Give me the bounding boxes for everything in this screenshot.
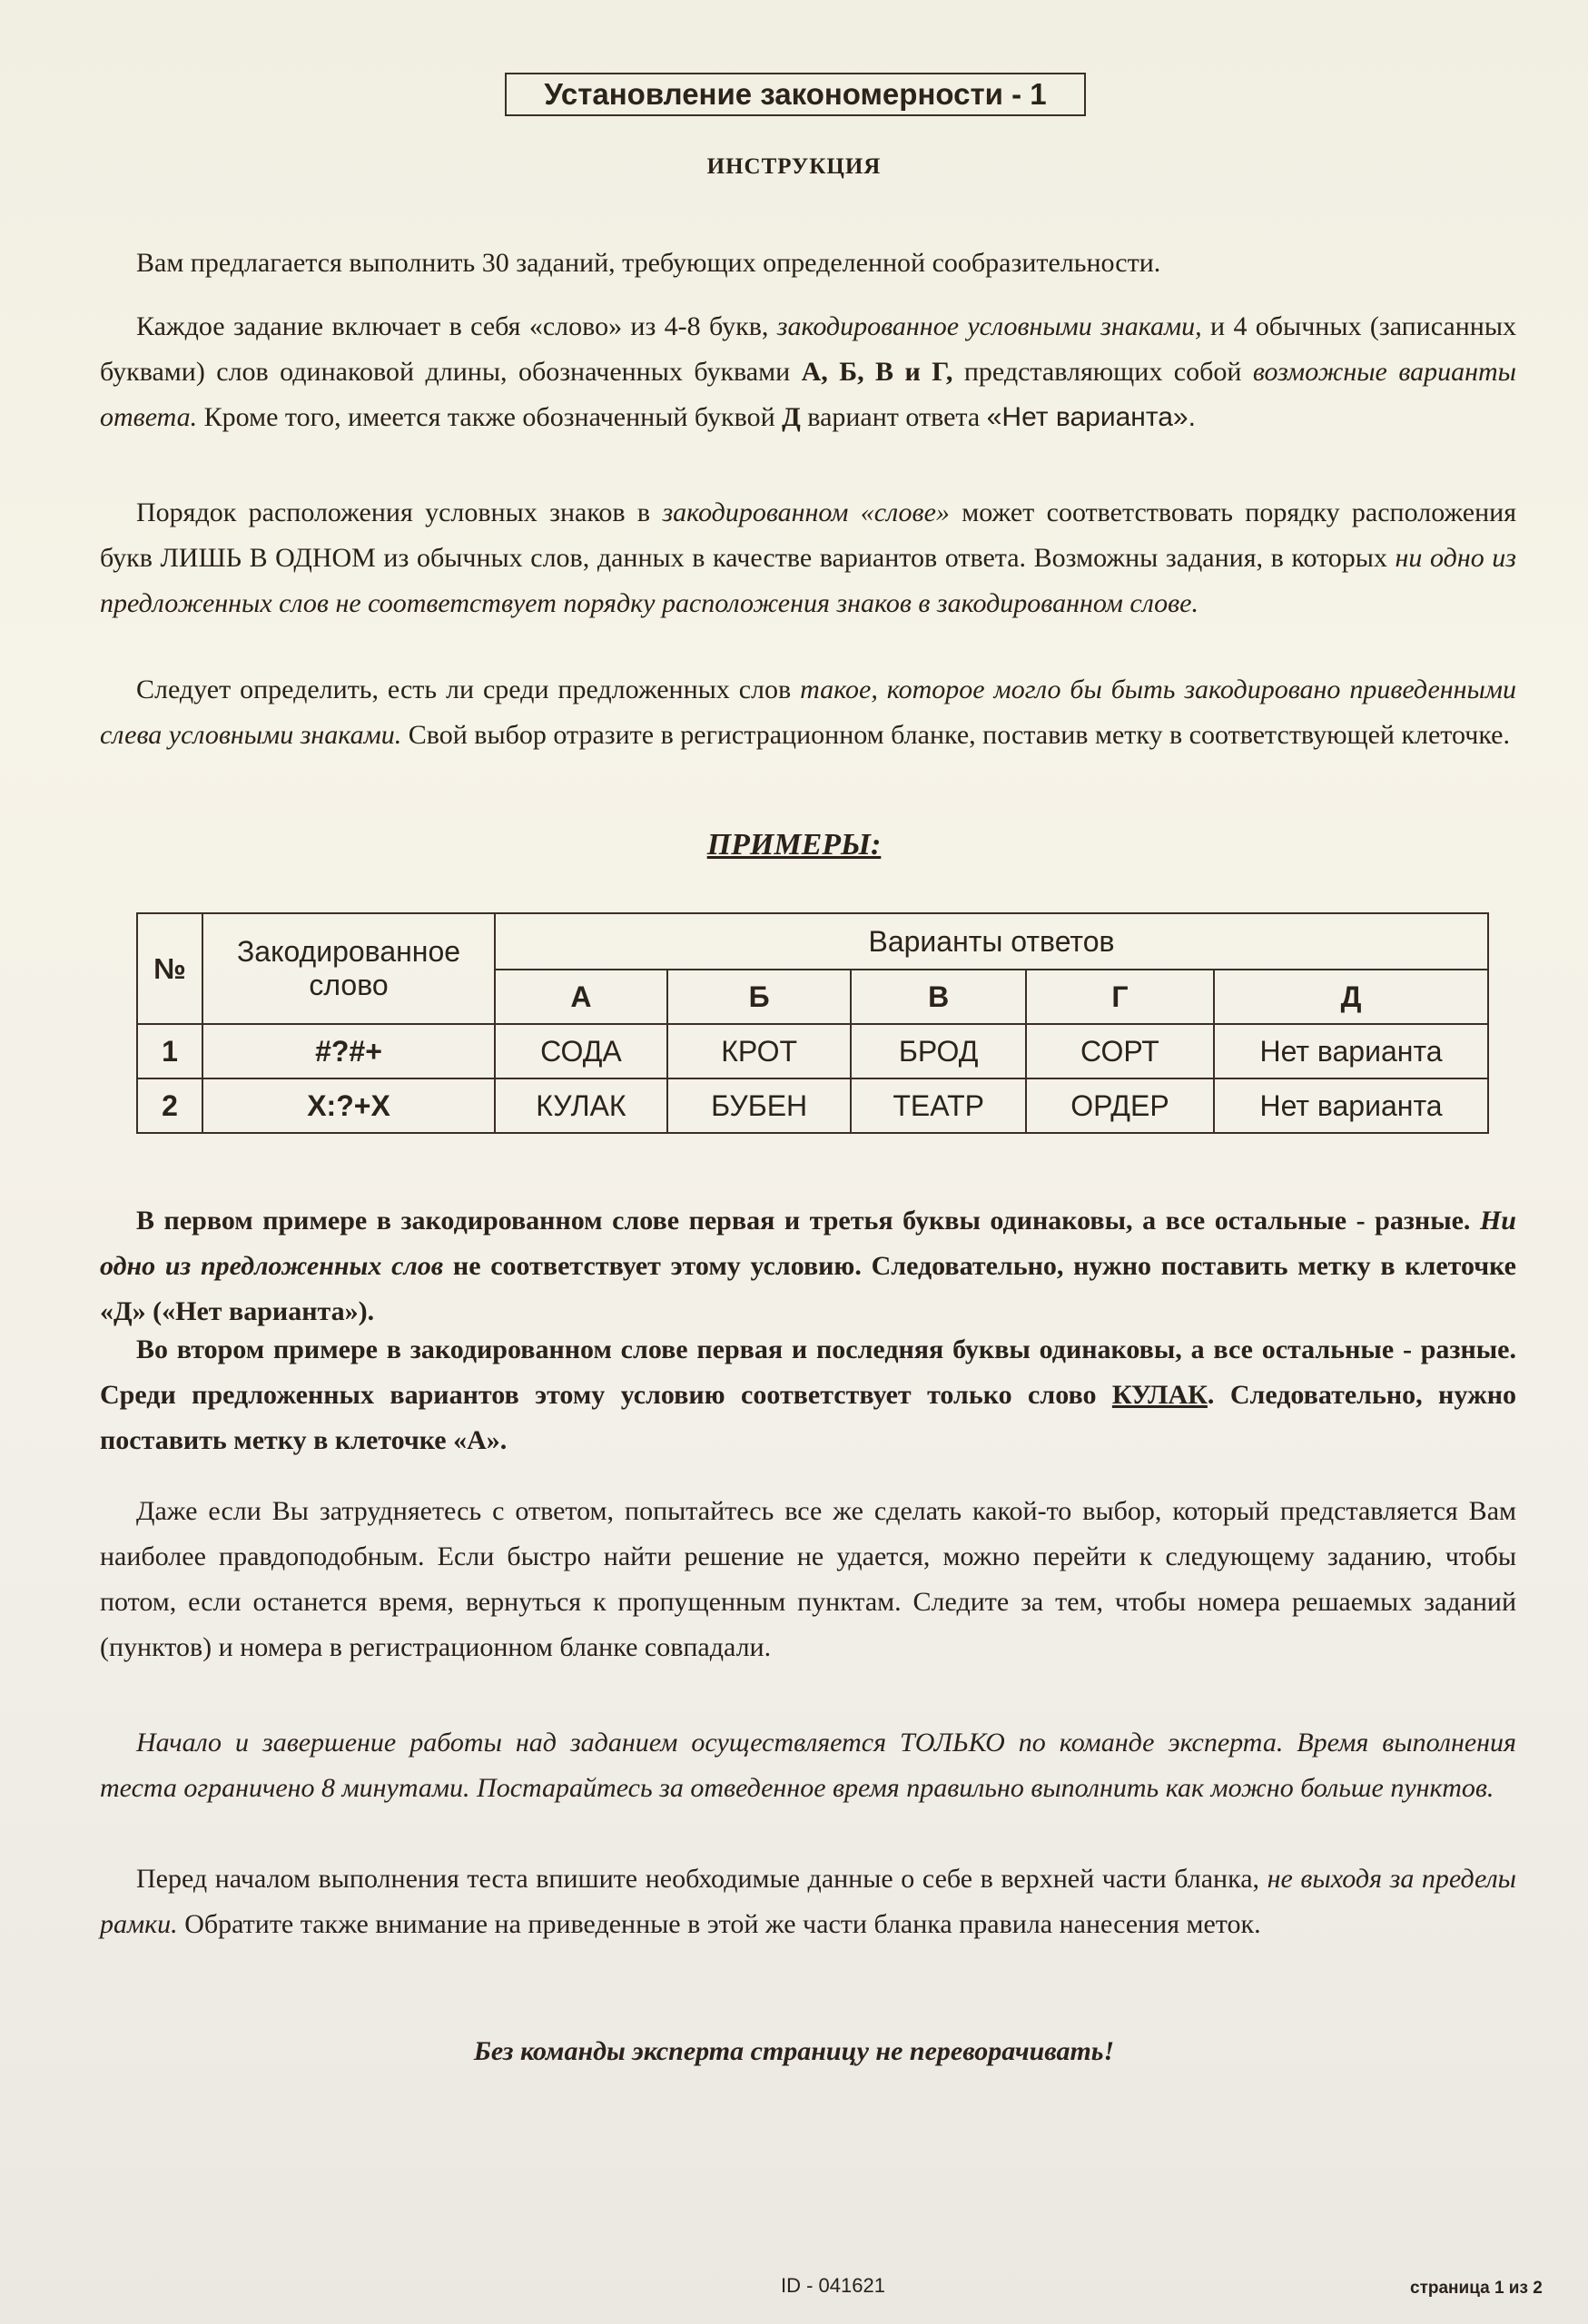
answer-cell: СОДА: [495, 1024, 667, 1078]
note-paragraph-personal-data: Перед началом выполнения теста впишите н…: [100, 1856, 1516, 1947]
answer-cell: КУЛАК: [495, 1078, 667, 1133]
document-title: Установление закономерности - 1: [505, 73, 1086, 116]
encoded-word: X:?+X: [202, 1078, 495, 1133]
encoded-word: #?#+: [202, 1024, 495, 1078]
answer-cell: ОРДЕР: [1026, 1078, 1214, 1133]
answer-cell: КРОТ: [667, 1024, 852, 1078]
example-explanation-2: Во втором примере в закодированном слове…: [100, 1327, 1516, 1463]
note-paragraph-timing: Начало и завершение работы над заданием …: [100, 1720, 1516, 1811]
instruction-paragraph-2: Каждое задание включает в себя «слово» и…: [100, 304, 1516, 440]
answer-cell: БУБЕН: [667, 1078, 852, 1133]
do-not-turn-warning: Без команды эксперта страницу не перевор…: [0, 2036, 1588, 2067]
table-row: 1 #?#+ СОДА КРОТ БРОД СОРТ Нет варианта: [137, 1024, 1488, 1078]
instruction-paragraph-3: Порядок расположения условных знаков в з…: [100, 490, 1516, 626]
note-paragraph-guess: Даже если Вы затрудняетесь с ответом, по…: [100, 1489, 1516, 1670]
answer-cell: Нет варианта: [1214, 1078, 1488, 1133]
answer-cell: ТЕАТР: [851, 1078, 1025, 1133]
header-variant-b: Б: [667, 970, 852, 1024]
answer-cell: БРОД: [851, 1024, 1025, 1078]
header-variant-d: Д: [1214, 970, 1488, 1024]
table-row: 2 X:?+X КУЛАК БУБЕН ТЕАТР ОРДЕР Нет вари…: [137, 1078, 1488, 1133]
document-page: Установление закономерности - 1 ИНСТРУКЦ…: [0, 0, 1588, 2324]
header-variant-a: А: [495, 970, 667, 1024]
instruction-paragraph-1: Вам предлагается выполнить 30 заданий, т…: [100, 241, 1516, 286]
instruction-paragraph-4: Следует определить, есть ли среди предло…: [100, 667, 1516, 758]
answer-cell: СОРТ: [1026, 1024, 1214, 1078]
header-number: №: [137, 913, 202, 1024]
example-explanation-1: В первом примере в закодированном слове …: [100, 1198, 1516, 1334]
answer-cell: Нет варианта: [1214, 1024, 1488, 1078]
header-variant-v: В: [851, 970, 1025, 1024]
row-number: 1: [137, 1024, 202, 1078]
examples-heading: ПРИМЕРЫ:: [0, 828, 1588, 862]
header-variant-g: Г: [1026, 970, 1214, 1024]
header-answer-variants: Варианты ответов: [495, 913, 1488, 970]
document-id: ID - 041621: [781, 2274, 885, 2298]
header-encoded-word: Закодированное слово: [202, 913, 495, 1024]
instruction-heading: ИНСТРУКЦИЯ: [0, 154, 1588, 180]
examples-table: № Закодированное слово Варианты ответов …: [136, 912, 1489, 1134]
page-indicator: страница 1 из 2: [1410, 2279, 1543, 2299]
row-number: 2: [137, 1078, 202, 1133]
